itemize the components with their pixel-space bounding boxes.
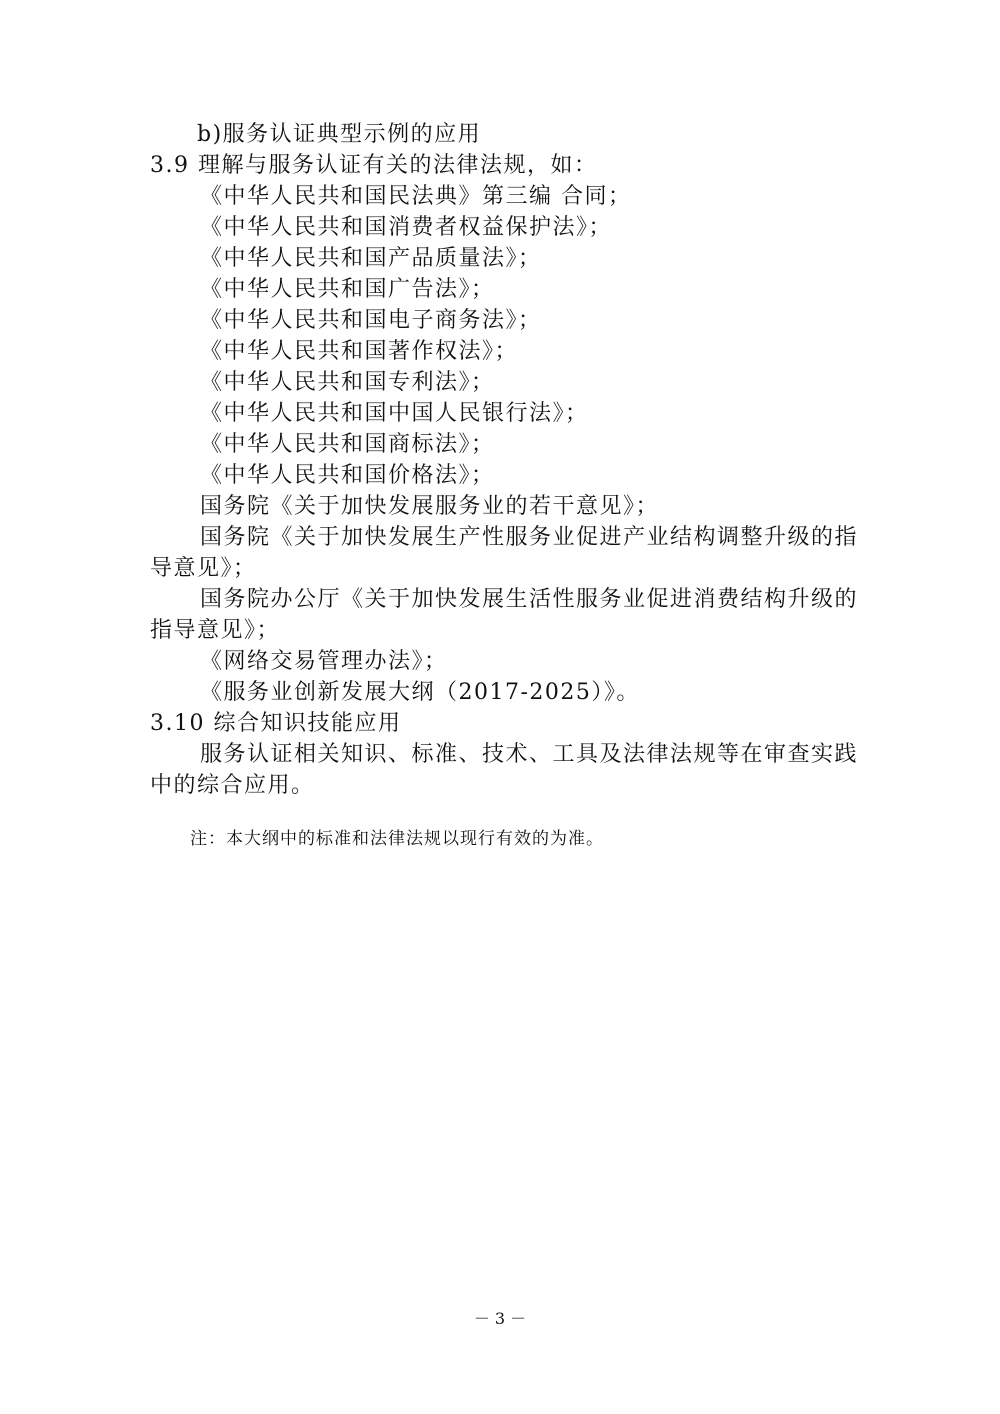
page-number: － 3 － <box>0 1306 1000 1329</box>
law-item: 《中华人民共和国中国人民银行法》； <box>200 399 589 429</box>
regulation-item: 国务院办公厅《关于加快发展生活性服务业促进消费结构升级的 <box>200 585 858 615</box>
regulation-item: 国务院《关于加快发展服务业的若干意见》； <box>200 492 659 522</box>
law-item: 《中华人民共和国产品质量法》； <box>200 244 542 274</box>
law-item: 《中华人民共和国著作权法》； <box>200 337 518 367</box>
section-3-10-body: 服务认证相关知识、标准、技术、工具及法律法规等在审查实践 <box>200 740 858 770</box>
regulation-item-continued: 导意见》； <box>150 554 257 584</box>
law-item: 《中华人民共和国价格法》； <box>200 461 495 491</box>
footnote: 注：本大纲中的标准和法律法规以现行有效的为准。 <box>190 824 604 854</box>
law-item: 《中华人民共和国商标法》； <box>200 430 495 460</box>
regulation-item: 《服务业创新发展大纲（2017-2025）》。 <box>200 678 640 708</box>
regulation-item-continued: 指导意见》； <box>150 616 280 646</box>
law-item: 《中华人民共和国电子商务法》； <box>200 306 542 336</box>
law-item: 《中华人民共和国消费者权益保护法》； <box>200 213 612 243</box>
item-b-heading: b)服务认证典型示例的应用 <box>197 120 481 150</box>
law-item: 《中华人民共和国广告法》； <box>200 275 495 305</box>
section-3-10-heading: 3.10 综合知识技能应用 <box>150 709 401 739</box>
section-3-10-body-continued: 中的综合应用。 <box>150 771 315 801</box>
regulation-item: 国务院《关于加快发展生产性服务业促进产业结构调整升级的指 <box>200 523 858 553</box>
regulation-item: 《网络交易管理办法》； <box>200 647 448 677</box>
law-item: 《中华人民共和国民法典》第三编 合同； <box>200 182 632 212</box>
section-3-9-heading: 3.9 理解与服务认证有关的法律法规，如： <box>150 151 597 181</box>
law-item: 《中华人民共和国专利法》； <box>200 368 495 398</box>
